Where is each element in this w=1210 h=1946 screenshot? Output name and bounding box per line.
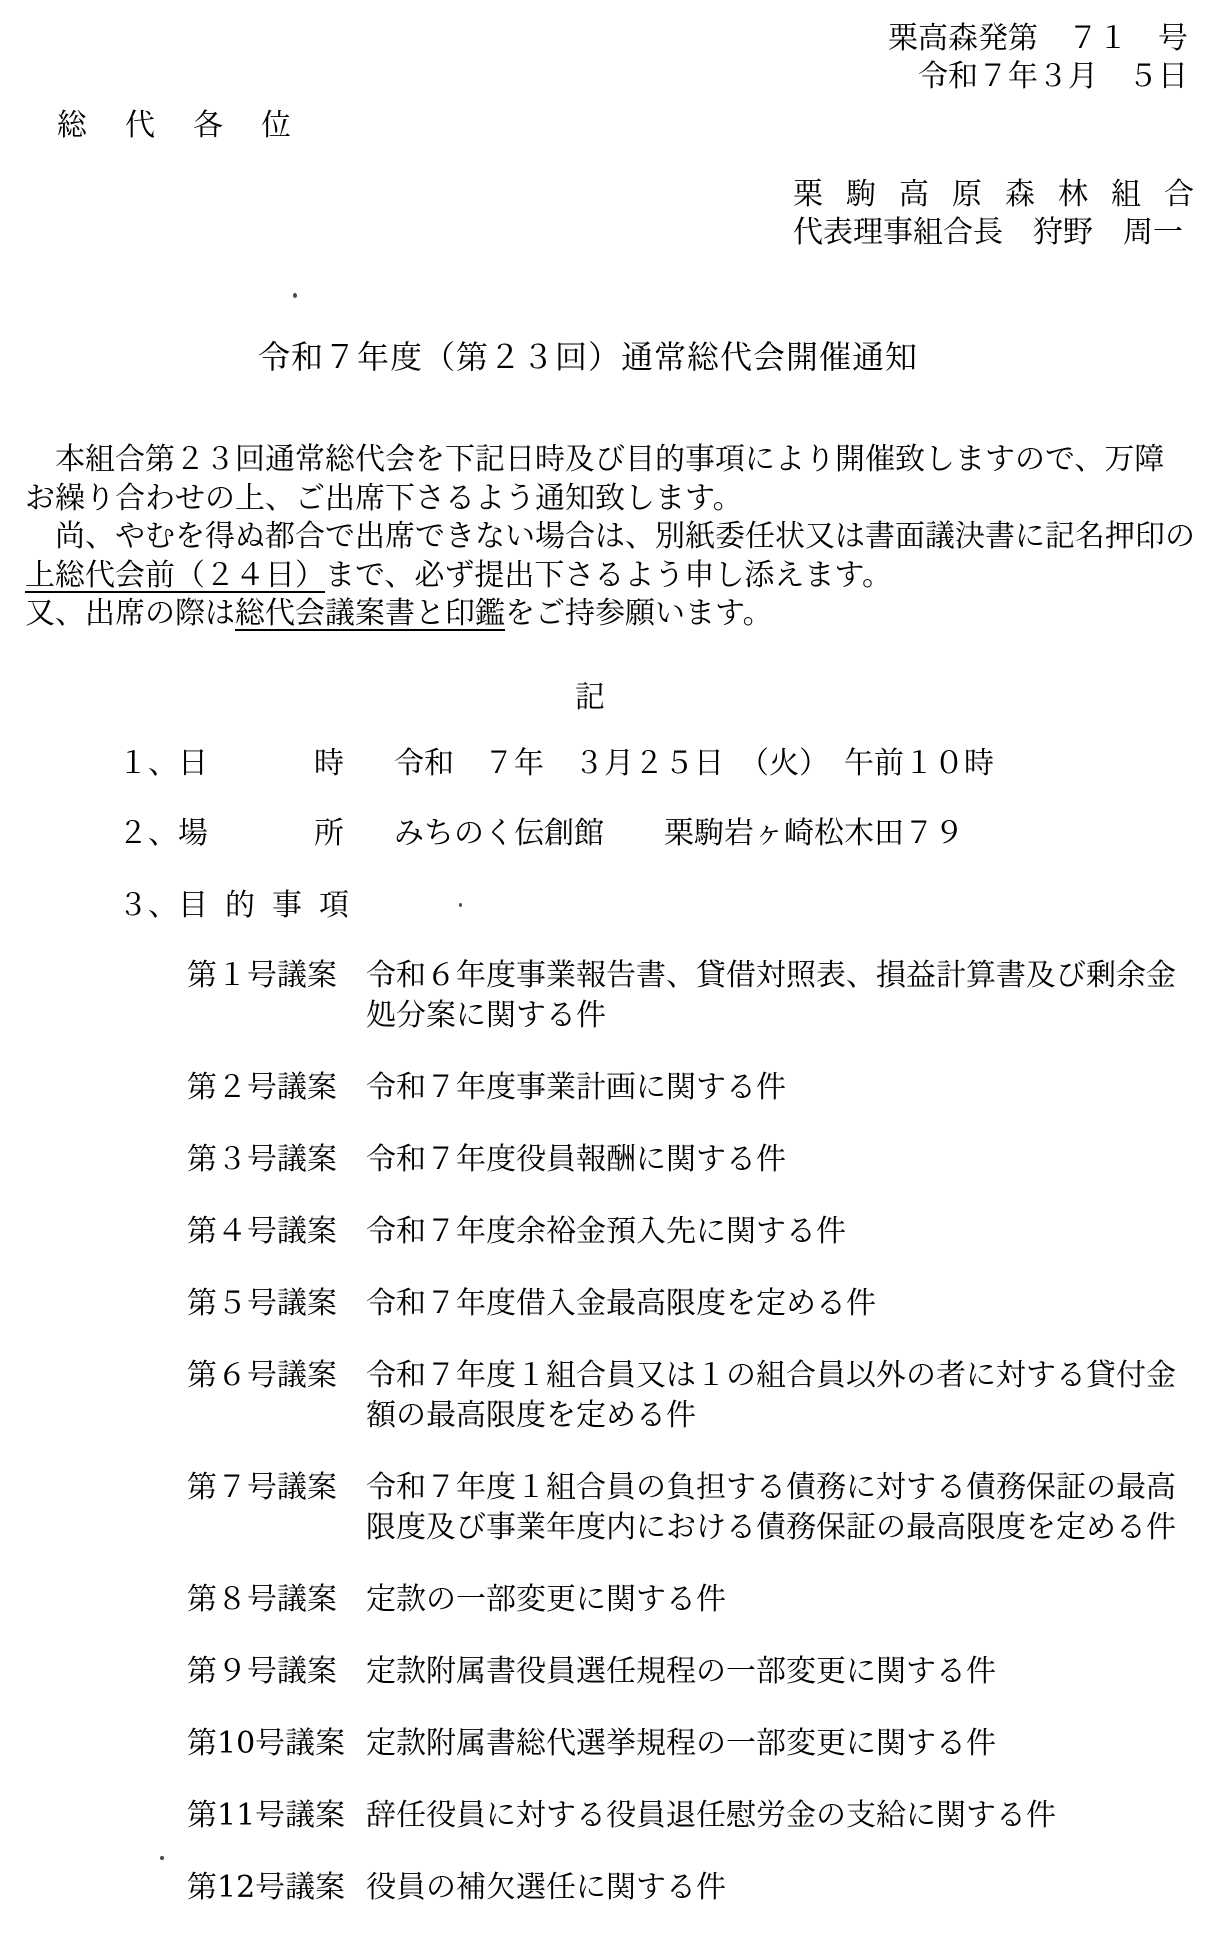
agenda-item-text-line: 令和７年度借入金最高限度を定める件 <box>366 1284 876 1324</box>
item-label-left: 場 <box>178 808 208 852</box>
agenda-item-text-line: 処分案に関する件 <box>366 996 1176 1036</box>
agenda-item-text: 令和６年度事業報告書、貸借対照表、損益計算書及び剰余金処分案に関する件 <box>366 956 1176 1036</box>
agenda-item-label: 第８号議案 <box>187 1580 366 1620</box>
agenda-item-row: 第12号議案 役員の補欠選任に関する件 <box>187 1868 1176 1908</box>
document-date: 令和７年３月 ５日 <box>888 58 1188 96</box>
deadline-underlined-text: 上総代会前（２４日） <box>25 558 325 593</box>
item-number: ３、 <box>118 880 178 924</box>
agenda-item-text-line: 定款附属書総代選挙規程の一部変更に関する件 <box>366 1724 996 1764</box>
agenda-item-text-line: 定款附属書役員選任規程の一部変更に関する件 <box>366 1652 996 1692</box>
item-value-place: みちのく伝創館 栗駒岩ヶ崎松木田７９ <box>394 816 964 851</box>
detail-item-datetime: １、日時令和 ７年 ３月２５日 （火） 午前１０時 <box>118 738 994 782</box>
agenda-item-row: 第９号議案 定款附属書役員選任規程の一部変更に関する件 <box>187 1652 1176 1692</box>
agenda-item-text-line: 額の最高限度を定める件 <box>366 1396 1176 1436</box>
scan-speck <box>459 903 462 907</box>
agenda-item-text: 令和７年度１組合員の負担する債務に対する債務保証の最高限度及び事業年度内における… <box>366 1468 1176 1548</box>
agenda-item-label: 第６号議案 <box>187 1356 366 1436</box>
item-label-right: 所 <box>314 808 344 852</box>
agenda-item-row: 第６号議案 令和７年度１組合員又は１の組合員以外の者に対する貸付金額の最高限度を… <box>187 1356 1176 1436</box>
agenda-item-text: 役員の補欠選任に関する件 <box>366 1868 726 1908</box>
item-number: １、 <box>118 738 178 782</box>
agenda-item-text: 令和７年度役員報酬に関する件 <box>366 1140 786 1180</box>
agenda-item-label: 第７号議案 <box>187 1468 366 1548</box>
addressee: 総代各位 <box>57 100 329 144</box>
agenda-item-label: 第９号議案 <box>187 1652 366 1692</box>
scan-speck <box>160 1856 164 1860</box>
agenda-item-text: 辞任役員に対する役員退任慰労金の支給に関する件 <box>366 1796 1056 1836</box>
agenda-item-row: 第10号議案 定款附属書総代選挙規程の一部変更に関する件 <box>187 1724 1176 1764</box>
item-label: 場所 <box>178 808 344 852</box>
agenda-item-row: 第５号議案 令和７年度借入金最高限度を定める件 <box>187 1284 1176 1324</box>
item-number: ２、 <box>118 808 178 852</box>
bring-items-underlined-text: 総代会議案書と印鑑 <box>235 596 505 631</box>
document-number: 栗高森発第 ７１ 号 <box>888 20 1188 58</box>
agenda-item-text: 令和７年度事業計画に関する件 <box>366 1068 786 1108</box>
detail-item-purpose: ３、目的事項 <box>118 880 366 924</box>
agenda-item-label: 第１号議案 <box>187 956 366 1036</box>
agenda-item-text-line: 令和７年度余裕金預入先に関する件 <box>366 1212 846 1252</box>
agenda-item-text-line: 辞任役員に対する役員退任慰労金の支給に関する件 <box>366 1796 1056 1836</box>
agenda-item-label: 第３号議案 <box>187 1140 366 1180</box>
body-line-5: 又、出席の際は総代会議案書と印鑑をご持参願います。 <box>25 595 1195 634</box>
agenda-item-label: 第12号議案 <box>187 1868 366 1908</box>
item-label: 日時 <box>178 738 344 782</box>
agenda-list: 第１号議案 令和６年度事業報告書、貸借対照表、損益計算書及び剰余金処分案に関する… <box>187 956 1176 1940</box>
agenda-item-text: 定款附属書総代選挙規程の一部変更に関する件 <box>366 1724 996 1764</box>
agenda-item-row: 第２号議案 令和７年度事業計画に関する件 <box>187 1068 1176 1108</box>
agenda-item-text: 定款附属書役員選任規程の一部変更に関する件 <box>366 1652 996 1692</box>
agenda-item-text: 定款の一部変更に関する件 <box>366 1580 726 1620</box>
body-line-2: お繰り合わせの上、ご出席下さるよう通知致します。 <box>25 480 1195 519</box>
scanned-document-page: { "document": { "doc_number": "栗高森発第 ７１ … <box>0 0 1210 1946</box>
agenda-item-label: 第10号議案 <box>187 1724 366 1764</box>
item-value-datetime: 令和 ７年 ３月２５日 （火） 午前１０時 <box>394 746 994 781</box>
record-marker: 記 <box>0 672 1180 716</box>
agenda-item-text-line: 役員の補欠選任に関する件 <box>366 1868 726 1908</box>
item-label-right: 時 <box>314 738 344 782</box>
body-line-4: 上総代会前（２４日）まで、必ず提出下さるよう申し添えます。 <box>25 557 1195 596</box>
agenda-item-text: 令和７年度余裕金預入先に関する件 <box>366 1212 846 1252</box>
agenda-item-label: 第４号議案 <box>187 1212 366 1252</box>
body-line-3: 尚、やむを得ぬ都合で出席できない場合は、別紙委任状又は書面議決書に記名押印の <box>25 518 1195 557</box>
body-line-4-rest: まで、必ず提出下さるよう申し添えます。 <box>325 558 892 593</box>
agenda-item-row: 第４号議案 令和７年度余裕金預入先に関する件 <box>187 1212 1176 1252</box>
agenda-item-text-line: 限度及び事業年度内における債務保証の最高限度を定める件 <box>366 1508 1176 1548</box>
agenda-item-label: 第11号議案 <box>187 1796 366 1836</box>
agenda-item-text-line: 令和７年度事業計画に関する件 <box>366 1068 786 1108</box>
body-line-1: 本組合第２３回通常総代会を下記日時及び目的事項により開催致しますので、万障 <box>25 441 1195 480</box>
agenda-item-text: 令和７年度借入金最高限度を定める件 <box>366 1284 876 1324</box>
body-line-5-suffix: をご持参願います。 <box>505 596 773 631</box>
document-title: 令和７年度（第２３回）通常総代会開催通知 <box>258 332 918 378</box>
agenda-item-text-line: 令和７年度１組合員の負担する債務に対する債務保証の最高 <box>366 1468 1176 1508</box>
scan-speck <box>293 293 297 298</box>
detail-item-place: ２、場所みちのく伝創館 栗駒岩ヶ崎松木田７９ <box>118 808 964 852</box>
sender-block: 栗駒高原森林組合 代表理事組合長 狩野 周一 <box>793 176 1210 252</box>
agenda-item-row: 第３号議案 令和７年度役員報酬に関する件 <box>187 1140 1176 1180</box>
sender-representative: 代表理事組合長 狩野 周一 <box>793 214 1210 252</box>
sender-organization: 栗駒高原森林組合 <box>793 176 1210 214</box>
item-label-purpose: 目的事項 <box>178 888 366 923</box>
body-line-5-prefix: 又、出席の際は <box>25 596 235 631</box>
agenda-item-row: 第７号議案 令和７年度１組合員の負担する債務に対する債務保証の最高限度及び事業年… <box>187 1468 1176 1548</box>
agenda-item-text-line: 令和７年度役員報酬に関する件 <box>366 1140 786 1180</box>
body-text: 本組合第２３回通常総代会を下記日時及び目的事項により開催致しますので、万障 お繰… <box>25 441 1195 634</box>
agenda-item-text-line: 定款の一部変更に関する件 <box>366 1580 726 1620</box>
agenda-item-label: 第２号議案 <box>187 1068 366 1108</box>
agenda-item-text-line: 令和７年度１組合員又は１の組合員以外の者に対する貸付金 <box>366 1356 1176 1396</box>
document-header: 栗高森発第 ７１ 号 令和７年３月 ５日 <box>888 20 1188 96</box>
agenda-item-text: 令和７年度１組合員又は１の組合員以外の者に対する貸付金額の最高限度を定める件 <box>366 1356 1176 1436</box>
agenda-item-row: 第11号議案 辞任役員に対する役員退任慰労金の支給に関する件 <box>187 1796 1176 1836</box>
item-label-left: 日 <box>178 738 208 782</box>
agenda-item-row: 第８号議案 定款の一部変更に関する件 <box>187 1580 1176 1620</box>
agenda-item-text-line: 令和６年度事業報告書、貸借対照表、損益計算書及び剰余金 <box>366 956 1176 996</box>
agenda-item-row: 第１号議案 令和６年度事業報告書、貸借対照表、損益計算書及び剰余金処分案に関する… <box>187 956 1176 1036</box>
agenda-item-label: 第５号議案 <box>187 1284 366 1324</box>
